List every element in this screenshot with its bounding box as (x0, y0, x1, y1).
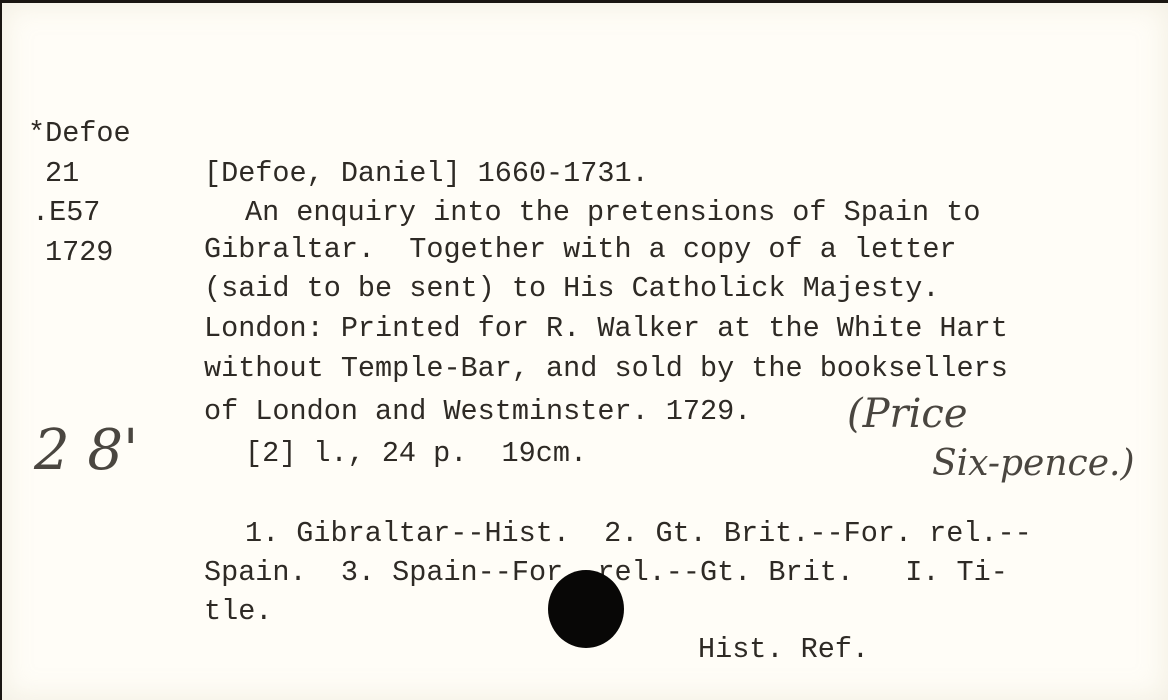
location-note: Hist. Ref. (698, 636, 869, 665)
handwritten-price-line1: (Price (847, 391, 968, 437)
collation: [2] l., 24 p. 19cm. (245, 440, 587, 469)
call-number-line: *Defoe (28, 120, 131, 149)
body-line: Gibraltar. Together with a copy of a let… (204, 236, 957, 265)
body-line: An enquiry into the pretensions of Spain… (245, 199, 980, 228)
catalog-card: *Defoe 21 .E57 1729 [Defoe, Daniel] 1660… (2, 3, 1168, 700)
body-line: (said to be sent) to His Catholick Majes… (204, 275, 939, 304)
punch-hole (548, 570, 624, 648)
body-line: of London and Westminster. 1729. (204, 398, 751, 427)
call-number-line: 1729 (45, 239, 113, 268)
handwritten-margin-note: 2 8' (34, 418, 138, 483)
call-number-line: .E57 (32, 199, 100, 228)
tracing-line: 1. Gibraltar--Hist. 2. Gt. Brit.--For. r… (245, 520, 1032, 549)
tracing-line: tle. (204, 598, 272, 627)
handwritten-price-line2: Six-pence.) (932, 443, 1135, 484)
call-number-line: 21 (45, 160, 79, 189)
body-line: London: Printed for R. Walker at the Whi… (204, 315, 1008, 344)
body-line: without Temple-Bar, and sold by the book… (204, 355, 1008, 384)
author-heading: [Defoe, Daniel] 1660-1731. (204, 160, 649, 189)
